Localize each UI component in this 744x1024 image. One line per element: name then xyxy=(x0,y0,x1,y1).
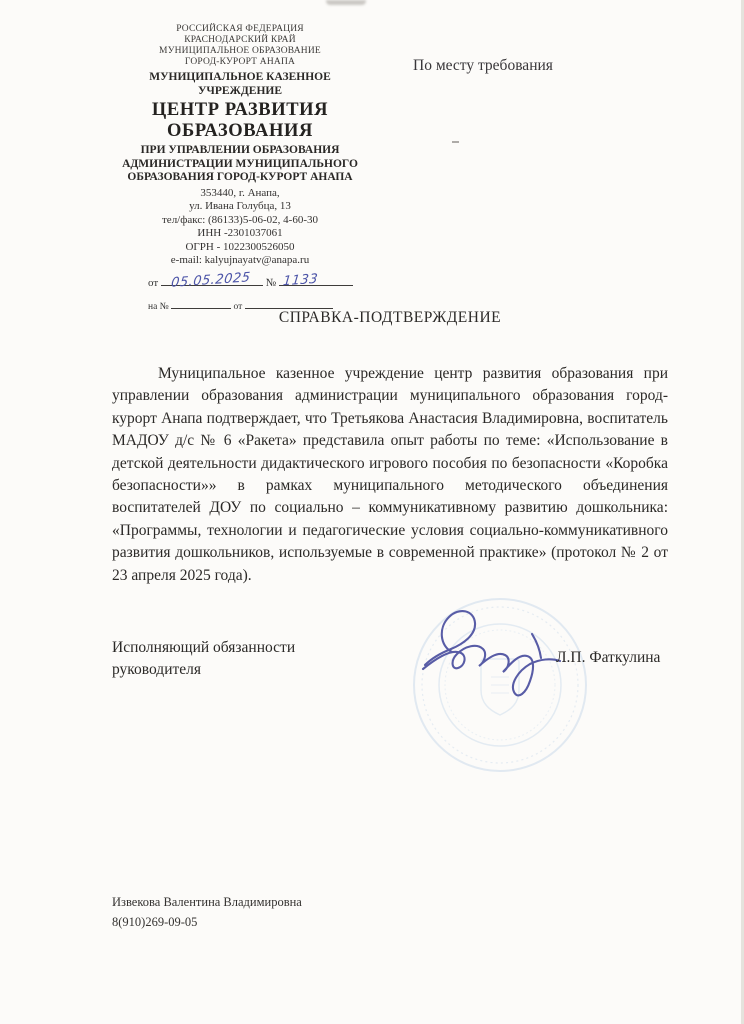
handwritten-number: 1133 xyxy=(282,271,319,289)
letterhead: РОССИЙСКАЯ ФЕДЕРАЦИЯ КРАСНОДАРСКИЙ КРАЙ … xyxy=(116,24,364,312)
handwritten-date: 05.05.2025 xyxy=(170,270,251,291)
signer-name: Л.П. Фаткулина xyxy=(556,649,660,667)
ref-na-underline xyxy=(171,297,231,309)
signer-position: Исполняющий обязанности руководителя xyxy=(112,637,295,681)
org-type-line: МУНИЦИПАЛЬНОЕ КАЗЕННОЕ xyxy=(116,71,364,85)
letterhead-line-region: КРАСНОДАРСКИЙ КРАЙ xyxy=(116,35,364,46)
outgoing-ref-line: от 05.05.2025 № 1133 xyxy=(116,274,364,289)
phone-line: тел/факс: (86133)5-06-02, 4-60-30 xyxy=(116,214,364,228)
letterhead-line-city: ГОРОД-КУРОРТ АНАПА xyxy=(116,57,364,68)
ref-ot-underline xyxy=(245,297,333,309)
handwritten-signature xyxy=(416,596,574,704)
inn-line: ИНН -2301037061 xyxy=(116,227,364,241)
org-type-line: УЧРЕЖДЕНИЕ xyxy=(116,85,364,99)
org-sub-line: ПРИ УПРАВЛЕНИИ ОБРАЗОВАНИЯ xyxy=(116,144,364,158)
signer-position-line: руководителя xyxy=(112,659,295,681)
ref-date-underline: 05.05.2025 xyxy=(161,274,263,286)
scanned-document-page: РОССИЙСКАЯ ФЕДЕРАЦИЯ КРАСНОДАРСКИЙ КРАЙ … xyxy=(0,0,744,1024)
signature-icon xyxy=(416,596,574,704)
address-line: 353440, г. Анапа, xyxy=(116,187,364,201)
scan-artifact-dash xyxy=(452,141,459,143)
signer-position-line: Исполняющий обязанности xyxy=(112,637,295,659)
ref-number-underline: 1133 xyxy=(279,274,353,286)
org-name-line: ЦЕНТР РАЗВИТИЯ xyxy=(116,100,364,121)
executor-contact: Извекова Валентина Владимировна 8(910)26… xyxy=(112,892,302,932)
org-sub-line: АДМИНИСТРАЦИИ МУНИЦИПАЛЬНОГО xyxy=(116,158,364,172)
recipient-line: По месту требования xyxy=(413,57,553,75)
letterhead-line-municipality: МУНИЦИПАЛЬНОЕ ОБРАЗОВАНИЕ xyxy=(116,46,364,57)
ogrn-line: ОГРН - 1022300526050 xyxy=(116,241,364,255)
org-name-line: ОБРАЗОВАНИЯ xyxy=(116,121,364,142)
document-title: СПРАВКА-ПОДТВЕРЖДЕНИЕ xyxy=(112,309,668,327)
address-line: ул. Ивана Голубца, 13 xyxy=(116,200,364,214)
scan-artifact-top xyxy=(326,0,366,5)
letterhead-line-country: РОССИЙСКАЯ ФЕДЕРАЦИЯ xyxy=(116,24,364,35)
ref-from-label: от xyxy=(148,277,158,289)
body-paragraph: Муниципальное казенное учреждение центр … xyxy=(112,363,668,587)
ref-no-label: № xyxy=(266,277,277,289)
email-line: e-mail: kalyujnayatv@anapa.ru xyxy=(116,254,364,268)
executor-phone: 8(910)269-09-05 xyxy=(112,912,302,932)
org-sub-line: ОБРАЗОВАНИЯ ГОРОД-КУРОРТ АНАПА xyxy=(116,171,364,185)
executor-name: Извекова Валентина Владимировна xyxy=(112,892,302,912)
